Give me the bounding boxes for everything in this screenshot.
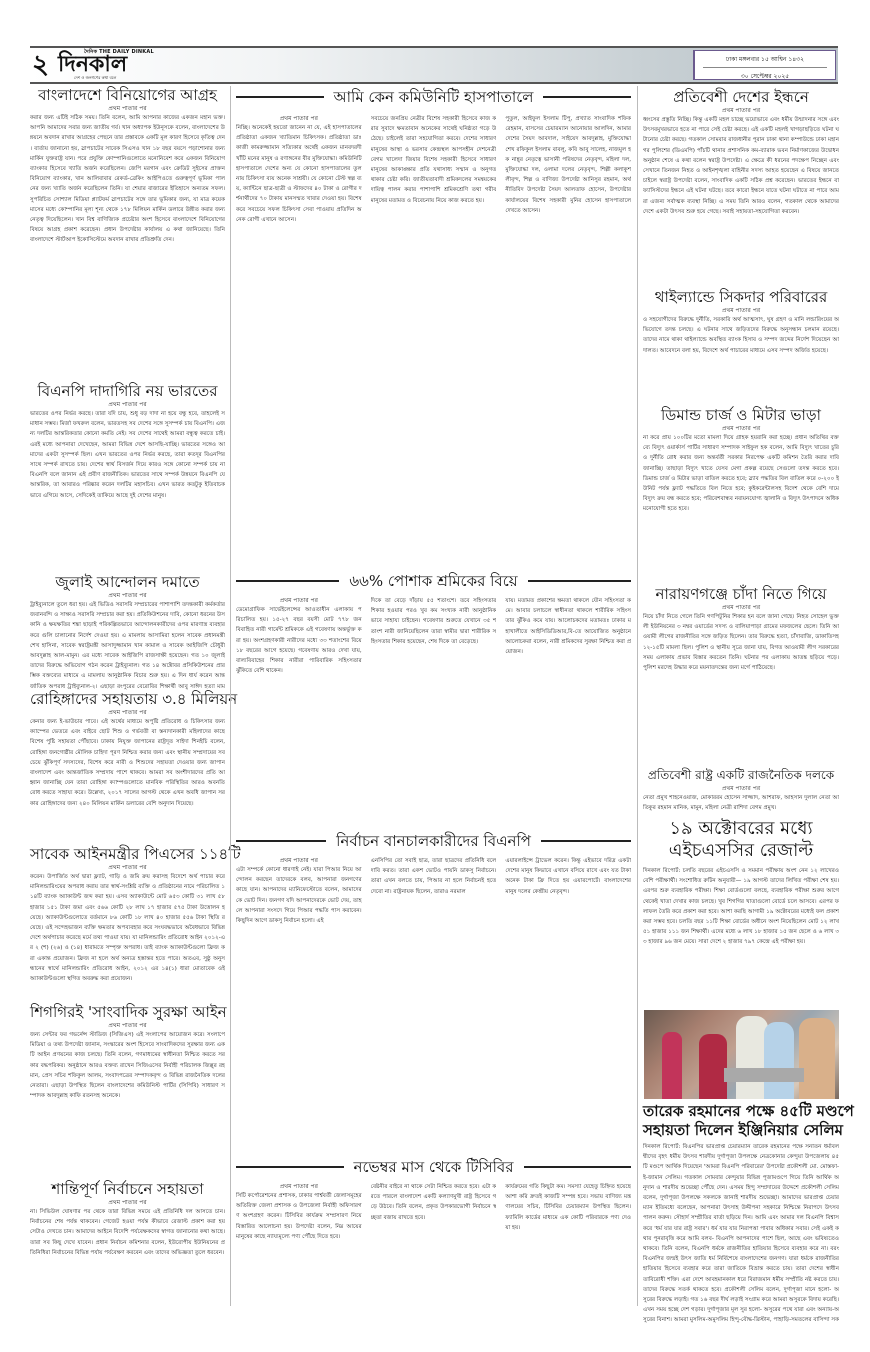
article-tcb: নভেম্বর মাস থেকে টিসিবির প্রথম পাতার পর … [236, 1158, 631, 1341]
headline[interactable]: শিগগিরই 'সাংবাদিক সুরক্ষা আইন [30, 1003, 225, 1021]
rule-right [541, 840, 631, 842]
headline[interactable]: আমি কেন কমিউনিটি হাসপাতালে [334, 88, 534, 106]
photo-figure [662, 1032, 682, 1099]
article-body-col1: এটা সম্পর্কে কোনো ধারণাই নেই। যারা পিআর … [236, 865, 362, 1161]
article-body-col3: এয়ারলাইন্সে ট্রাভেল করেন। কিন্তু এইভাবে… [505, 856, 631, 1161]
rule-left [236, 580, 339, 582]
headline[interactable]: ৬৬% পোশাক শ্রমিকের বিয়ে [349, 572, 517, 590]
article-body-col3: যায়। মতামত প্রকাশের ক্ষমতা থাকলে যৌন সহ… [505, 596, 631, 823]
headline[interactable]: বাংলাদেশে বিনিয়োগের আগ্রহ [30, 86, 225, 104]
continued-label: প্রথম পাতার পর [643, 106, 839, 115]
headline-line2[interactable]: সহায়তা দিলেন ইঞ্জিনিয়ার সেলিম [643, 1121, 839, 1140]
article-columns: প্রথম পাতার পর এটা সম্পর্কে কোনো ধারণাই … [236, 856, 631, 1161]
article-narayanganj: নারায়ণগঞ্জে চাঁদা নিতে গিয়ে প্রথম পাতা… [643, 585, 839, 776]
rule-right [528, 580, 631, 582]
article-body: নেতা প্রমুখ শাহনেওয়াজ, মোকাররম হোসেন সা… [643, 793, 839, 815]
article-body: না করে প্রায় ১০০টির মতো মামলা দিয়ে গ্র… [643, 433, 839, 583]
article-hsc-result: ১৯ অক্টোবরের মধ্যে এইচএসসির রেজাল্ট দিনক… [643, 818, 839, 988]
column-divider [637, 86, 638, 1306]
continued-label: প্রথম পাতার পর [643, 306, 839, 315]
continued-label: প্রথম পাতার পর [643, 784, 839, 793]
article-body: করেন। উপার্জিত অর্থ দ্বারা ফ্ল্যাট, গাড়… [30, 872, 225, 1004]
continued-label: প্রথম পাতার পর [30, 400, 225, 409]
article-body: কেনার জন্য ই-ভাউচার পাবে। এই অর্থের মাধ্… [30, 717, 225, 839]
photo-figure [699, 1034, 727, 1099]
continued-label: প্রথম পাতার পর [30, 1198, 225, 1207]
article-body-col2: দিকে তা বেড়ে দাঁড়ায় ৫৫ শতাংশে। তবে সহ… [371, 596, 497, 823]
date-english: ৩০ সেপ্টেম্বর ২০২৫ [695, 68, 835, 82]
article-body: না। সিভিউল ঘোষণার পর থেকে তারা বিভিন্ন স… [30, 1207, 225, 1329]
photo-figure [799, 1018, 835, 1099]
article-body: ভারতের ওপর নির্ভর করছে। তারা যদি চায়, শ… [30, 409, 225, 545]
article-body: করার জন্য এটিই সঠিক সময়। তিনি বলেন, আমি… [30, 113, 225, 387]
continued-label: প্রথম পাতার পর [643, 424, 839, 433]
article-investment: বাংলাদেশে বিনিয়োগের আগ্রহ প্রথম পাতার প… [30, 86, 225, 387]
masthead: ২ দৈনিক THE DAILY DINKAL দিনকাল দেশ ও জন… [30, 46, 838, 84]
newspaper-page: ২ দৈনিক THE DAILY DINKAL দিনকাল দেশ ও জন… [0, 0, 870, 1352]
continued-label: প্রথম পাতার পর [236, 856, 362, 865]
headline[interactable]: নারায়ণগঞ্জে চাঁদা নিতে গিয়ে [643, 585, 839, 603]
headline[interactable]: ডিমান্ড চার্জ ও মিটার ভাড়া [643, 406, 839, 424]
logo-tagline: দেশ ও জনগণের কথা বলে [74, 75, 116, 82]
article-peaceful-election: শান্তিপূর্ণ নির্বাচনে সহায়তা প্রথম পাতা… [30, 1180, 225, 1329]
newspaper-logo[interactable]: দৈনিক THE DAILY DINKAL দিনকাল দেশ ও জনগণ… [58, 48, 128, 82]
article-body: ও সহযোগীদের বিরুদ্ধে দুর্নীতি, সরকারি অর… [643, 315, 839, 415]
article-garment-workers: ৬৬% পোশাক শ্রমিকের বিয়ে প্রথম পাতার পর … [236, 572, 631, 823]
article-body-col1: সিটি কর্পোরেশনের প্রশাসক, ঢাকার পার্শ্বব… [236, 1191, 362, 1341]
headline[interactable]: প্রতিবেশী রাষ্ট্র একটি রাজনৈতিক দলকে [643, 766, 839, 784]
headline[interactable]: প্রতিবেশী দেশের ইন্ধনে [643, 88, 839, 106]
article-ps-accounts: সাবেক আইনমন্ত্রীর পিএসের ১১৪টি প্রথম পাত… [30, 845, 225, 1004]
article-body-col1: নিচ্ছি। অনেকেই হয়তো জানেন না যে, এই হাস… [236, 123, 362, 563]
headline-line1[interactable]: তারেক রহমানের পক্ষে ৪৫টি মণ্ডপে [643, 1102, 839, 1121]
article-body-col3: কার্যক্রমের গতি কিছুটা কম। সমস্যা যেহেতু… [505, 1182, 631, 1341]
continued-label: প্রথম পাতার পর [30, 104, 225, 113]
continued-label: প্রথম পাতার পর [30, 591, 225, 600]
page-number: ২ [32, 50, 49, 80]
article-body-col3: পুতুল, আইফুল ইসলাম টিপু, প্রখ্যাত সাংবাদ… [505, 114, 631, 563]
article-july: জুলাই আন্দোলন দমাতে প্রথম পাতার পর ট্রাই… [30, 573, 225, 692]
photo-figure [764, 1022, 794, 1099]
continued-label: প্রথম পাতার পর [236, 596, 362, 605]
article-india: বিএনপি দাদাগিরি নয় ভারতের প্রথম পাতার প… [30, 382, 225, 545]
continued-label: প্রথম পাতার পর [30, 863, 225, 872]
headline-row: ৬৬% পোশাক শ্রমিকের বিয়ে [236, 572, 631, 590]
rule-left [236, 96, 324, 98]
logo-bangla-title: দিনকাল [58, 52, 127, 76]
article-columns: প্রথম পাতার পর ডেমোগ্রাফিক সার্ভেইলেন্সে… [236, 596, 631, 823]
article-columns: প্রথম পাতার পর সিটি কর্পোরেশনের প্রশাসক,… [236, 1182, 631, 1341]
date-bangla: ঢাকা মঙ্গলবার ১৫ আশ্বিন ১৪৩২ [703, 51, 827, 68]
headline[interactable]: নভেম্বর মাস থেকে টিসিবির [354, 1158, 514, 1176]
article-body: দিনকাল রিপোর্ট: চলতি বছরের এইচএসসি ও সমম… [643, 866, 839, 988]
article-columns: প্রথম পাতার পর নিচ্ছি। অনেকেই হয়তো জানে… [236, 114, 631, 563]
article-body: ধ্বংসের প্রস্তুতি নিচ্ছি। কিন্তু একটি মহ… [643, 115, 839, 285]
headline-row: নির্বাচন বানচালকারীদের বিএনপি [236, 832, 631, 850]
headline-line1[interactable]: ১৯ অক্টোবরের মধ্যে [643, 818, 839, 840]
article-community-hospital: আমি কেন কমিউনিটি হাসপাতালে প্রথম পাতার প… [236, 88, 631, 563]
headline[interactable]: থাইল্যান্ডে সিকদার পরিবারের [643, 288, 839, 306]
rule-right [524, 1166, 632, 1168]
article-journalist-law: শিগগিরই 'সাংবাদিক সুরক্ষা আইন প্রথম পাতা… [30, 1003, 225, 1183]
article-body-col2: বেষ্টনীর বাইরে না থাকে সেটা নিশ্চিত করতে… [371, 1182, 497, 1341]
headline[interactable]: বিএনপি দাদাগিরি নয় ভারতের [30, 382, 225, 400]
article-thailand-sikdar: থাইল্যান্ডে সিকদার পরিবারের প্রথম পাতার … [643, 288, 839, 415]
rule-left [236, 840, 326, 842]
article-body-col2: সবচেয়ে জনপ্রিয় নেত্রীর বিশেষ সহকারী হি… [371, 114, 497, 563]
article-body: জন্য সেন্টার ফর গভর্নেন্স স্টাডিজ (সিজিএ… [30, 1030, 225, 1183]
article-demand-charge: ডিমান্ড চার্জ ও মিটার ভাড়া প্রথম পাতার … [643, 406, 839, 583]
continued-label: প্রথম পাতার পর [30, 708, 225, 717]
headline[interactable]: সাবেক আইনমন্ত্রীর পিএসের ১১৪টি [30, 845, 225, 863]
headline[interactable]: শান্তিপূর্ণ নির্বাচনে সহায়তা [30, 1180, 225, 1198]
headline-line2[interactable]: এইচএসসির রেজাল্ট [643, 840, 839, 862]
continued-label: প্রথম পাতার পর [236, 114, 362, 123]
article-body: নিয়ে চাঁদা নিতে গেলে তিনি গণপিটুনির শিক… [643, 612, 839, 776]
article-body-col1: ডেমোগ্রাফিক সার্ভেইলেন্সের আওতাধীন এলাকা… [236, 605, 362, 823]
headline[interactable]: রোহিঙ্গাদের সহায়তায় ৩.৪ মিলিয়ন [30, 690, 225, 708]
headline-row: আমি কেন কমিউনিটি হাসপাতালে [236, 88, 631, 106]
article-neighbor-fuel: প্রতিবেশী দেশের ইন্ধনে প্রথম পাতার পর ধ্… [643, 88, 839, 285]
headline[interactable]: জুলাই আন্দোলন দমাতে [30, 573, 225, 591]
photo-table [724, 1068, 804, 1082]
article-body-col2: এনসিপির তো সবাই ছাত্র, তারা ছাত্রদের প্র… [371, 856, 497, 1161]
news-photo[interactable] [644, 1010, 839, 1099]
headline-row: নভেম্বর মাস থেকে টিসিবির [236, 1158, 631, 1176]
headline[interactable]: নির্বাচন বানচালকারীদের বিএনপি [336, 832, 531, 850]
article-rohingya: রোহিঙ্গাদের সহায়তায় ৩.৪ মিলিয়ন প্রথম … [30, 690, 225, 839]
continued-label: প্রথম পাতার পর [643, 603, 839, 612]
continued-label: প্রথম পাতার পর [236, 1182, 362, 1191]
continued-label: প্রথম পাতার পর [30, 1021, 225, 1030]
rule-right [543, 96, 631, 98]
rule-left [236, 1166, 344, 1168]
article-tarique: তারেক রহমানের পক্ষে ৪৫টি মণ্ডপে সহায়তা … [643, 1102, 839, 1326]
date-box: ঢাকা মঙ্গলবার ১৫ আশ্বিন ১৪৩২ ৩০ সেপ্টেম্… [693, 50, 836, 80]
article-body: দিনকাল রিপোর্ট: বিএনপির ভারপ্রাপ্ত চেয়া… [643, 1142, 839, 1326]
column-divider [230, 86, 231, 1306]
article-body: ট্রাইব্যুনালে তুলে ধরা হয়। এই ভিডিও সরা… [30, 600, 225, 692]
article-bnp-election: নির্বাচন বানচালকারীদের বিএনপি প্রথম পাতা… [236, 832, 631, 1161]
article-neighbor-state: প্রতিবেশী রাষ্ট্র একটি রাজনৈতিক দলকে প্র… [643, 766, 839, 815]
